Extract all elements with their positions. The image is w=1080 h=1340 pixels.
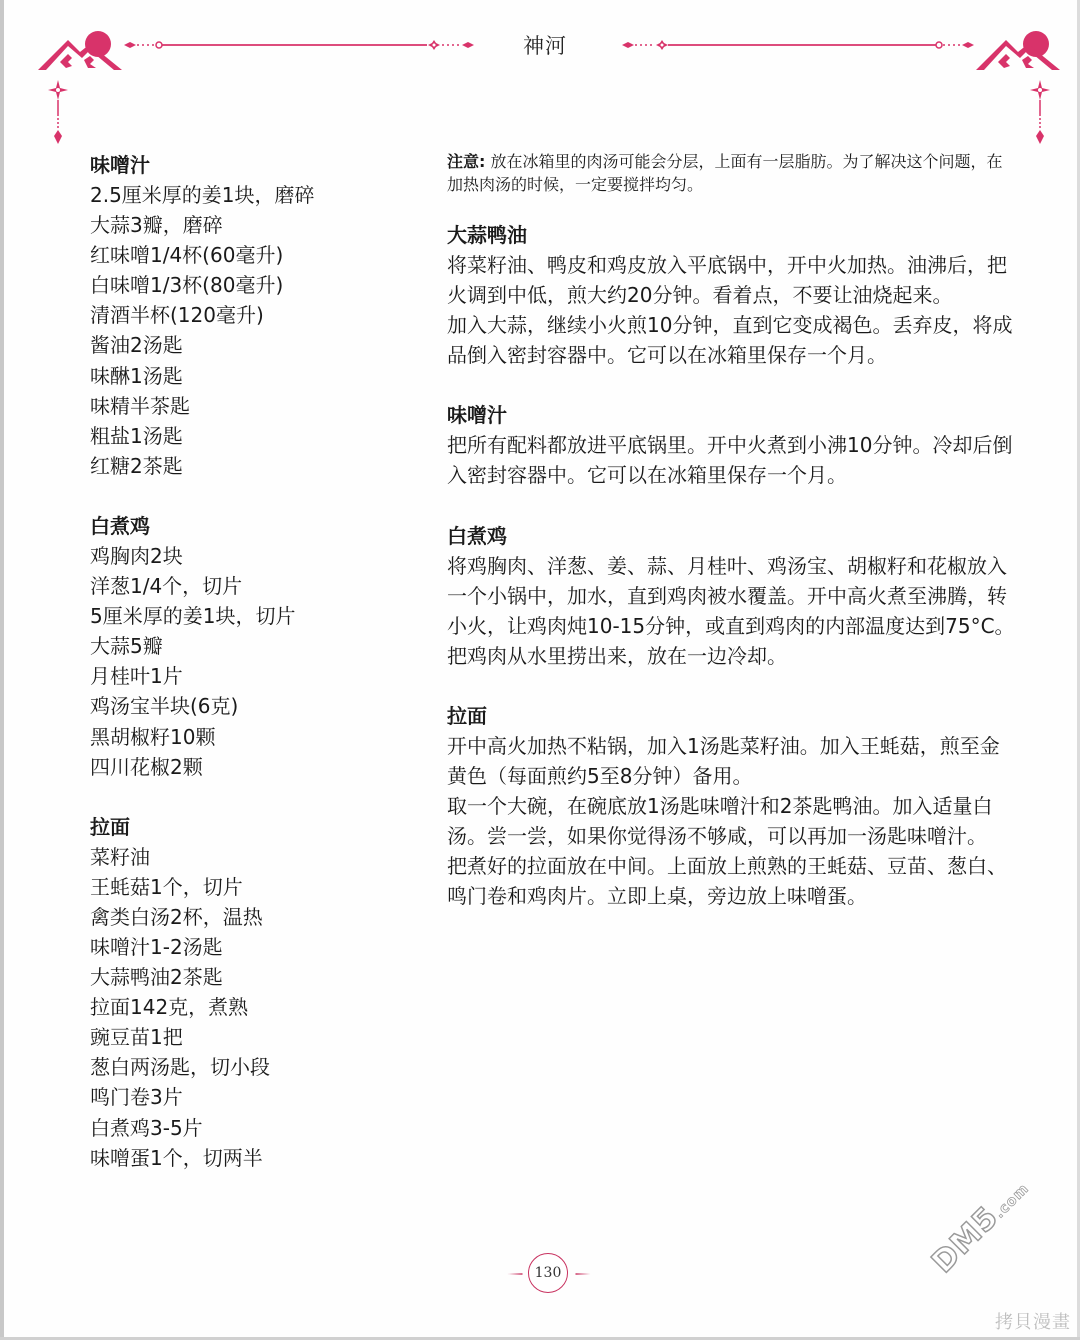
ingredient-item: 白味噌1/3杯(80毫升) <box>90 270 420 300</box>
star-drop-ornament-left <box>48 80 68 144</box>
header-rule-right <box>620 40 976 50</box>
step-section-garlic-duck-oil: 大蒜鸭油 将菜籽油、鸭皮和鸡皮放入平底锅中，开中火加热。油沸后，把火调到中低，煎… <box>447 220 1017 370</box>
step-paragraph: 加入大蒜，继续小火煎10分钟，直到它变成褐色。丢弃皮，将成品倒入密封容器中。它可… <box>447 310 1017 370</box>
ingredient-item: 大蒜3瓣，磨碎 <box>90 210 420 240</box>
ingredient-item: 粗盐1汤匙 <box>90 421 420 451</box>
ingredient-item: 月桂叶1片 <box>90 661 420 691</box>
ingredient-item: 大蒜鸭油2茶匙 <box>90 962 420 992</box>
ingredient-item: 味噌汁1-2汤匙 <box>90 932 420 962</box>
section-heading: 大蒜鸭油 <box>447 220 1017 250</box>
ingredient-item: 洋葱1/4个，切片 <box>90 571 420 601</box>
watermark-text: 拷貝漫畫 <box>995 1308 1071 1334</box>
ingredient-item: 菜籽油 <box>90 842 420 872</box>
ingredient-item: 味醂1汤匙 <box>90 361 420 391</box>
watermark-domain: .com <box>991 1181 1032 1222</box>
page-edge-left <box>0 0 4 1340</box>
step-paragraph: 把煮好的拉面放在中间。上面放上煎熟的王蚝菇、豆苗、葱白、鸣门卷和鸡肉片。立即上桌… <box>447 851 1017 911</box>
ingredient-item: 拉面142克，煮熟 <box>90 992 420 1022</box>
watermark-logo: DM5.com <box>925 1170 1035 1280</box>
header-rule-left <box>122 40 478 50</box>
star-drop-ornament-right <box>1030 80 1050 144</box>
ingredient-item: 鸣门卷3片 <box>90 1082 420 1112</box>
ingredient-item: 红糖2茶匙 <box>90 451 420 481</box>
chapter-title: 神河 <box>490 30 600 60</box>
mountain-sun-icon <box>38 28 122 72</box>
ingredient-item: 豌豆苗1把 <box>90 1022 420 1052</box>
section-heading: 白煮鸡 <box>90 511 420 541</box>
book-page: 神河 味噌汁 2.5厘米厚的姜1块，磨碎 大蒜3瓣，磨碎 红味噌1/4杯(60毫… <box>0 0 1080 1340</box>
step-section-poached-chicken: 白煮鸡 将鸡胸肉、洋葱、姜、蒜、月桂叶、鸡汤宝、胡椒籽和花椒放入一个小锅中，加水… <box>447 521 1017 671</box>
step-paragraph: 将菜籽油、鸭皮和鸡皮放入平底锅中，开中火加热。油沸后，把火调到中低，煎大约20分… <box>447 250 1017 310</box>
ingredient-item: 禽类白汤2杯，温热 <box>90 902 420 932</box>
ingredient-item: 酱油2汤匙 <box>90 330 420 360</box>
ingredient-item: 清酒半杯(120毫升) <box>90 300 420 330</box>
ingredient-item: 黑胡椒籽10颗 <box>90 722 420 752</box>
note-text: 放在冰箱里的肉汤可能会分层，上面有一层脂肪。为了解决这个问题，在加热肉汤的时候，… <box>447 152 1003 194</box>
ingredient-item: 2.5厘米厚的姜1块，磨碎 <box>90 180 420 210</box>
step-paragraph: 开中高火加热不粘锅，加入1汤匙菜籽油。加入王蚝菇，煎至金黄色（每面煎约5至8分钟… <box>447 731 1017 791</box>
section-heading: 白煮鸡 <box>447 521 1017 551</box>
ingredient-item: 王蚝菇1个，切片 <box>90 872 420 902</box>
instructions-column: 注意: 放在冰箱里的肉汤可能会分层，上面有一层脂肪。为了解决这个问题，在加热肉汤… <box>447 150 1017 942</box>
ingredient-item: 鸡胸肉2块 <box>90 541 420 571</box>
step-section-miso-tare: 味噌汁 把所有配料都放进平底锅里。开中火煮到小沸10分钟。冷却后倒入密封容器中。… <box>447 400 1017 490</box>
section-heading: 味噌汁 <box>447 400 1017 430</box>
page-number-line-left <box>500 1273 530 1275</box>
page-number-line-right <box>568 1273 598 1275</box>
mountain-sun-icon <box>976 28 1060 72</box>
step-paragraph: 把所有配料都放进平底锅里。开中火煮到小沸10分钟。冷却后倒入密封容器中。它可以在… <box>447 430 1017 490</box>
ingredient-section-poached-chicken: 白煮鸡 鸡胸肉2块 洋葱1/4个，切片 5厘米厚的姜1块，切片 大蒜5瓣 月桂叶… <box>90 511 420 782</box>
ingredient-item: 味精半茶匙 <box>90 391 420 421</box>
page-number: 130 <box>528 1253 568 1293</box>
ingredients-column: 味噌汁 2.5厘米厚的姜1块，磨碎 大蒜3瓣，磨碎 红味噌1/4杯(60毫升) … <box>90 150 420 1203</box>
ingredient-section-miso-tare: 味噌汁 2.5厘米厚的姜1块，磨碎 大蒜3瓣，磨碎 红味噌1/4杯(60毫升) … <box>90 150 420 481</box>
ingredient-item: 白煮鸡3-5片 <box>90 1113 420 1143</box>
section-heading: 味噌汁 <box>90 150 420 180</box>
ingredient-item: 5厘米厚的姜1块，切片 <box>90 601 420 631</box>
ingredient-item: 鸡汤宝半块(6克) <box>90 691 420 721</box>
note-box: 注意: 放在冰箱里的肉汤可能会分层，上面有一层脂肪。为了解决这个问题，在加热肉汤… <box>447 150 1017 196</box>
section-heading: 拉面 <box>447 701 1017 731</box>
ingredient-item: 味噌蛋1个，切两半 <box>90 1143 420 1173</box>
note-label: 注意: <box>447 152 485 171</box>
ingredient-item: 红味噌1/4杯(60毫升) <box>90 240 420 270</box>
step-section-ramen: 拉面 开中高火加热不粘锅，加入1汤匙菜籽油。加入王蚝菇，煎至金黄色（每面煎约5至… <box>447 701 1017 912</box>
ingredient-item: 四川花椒2颗 <box>90 752 420 782</box>
ingredient-section-ramen: 拉面 菜籽油 王蚝菇1个，切片 禽类白汤2杯，温热 味噌汁1-2汤匙 大蒜鸭油2… <box>90 812 420 1173</box>
step-paragraph: 取一个大碗，在碗底放1汤匙味噌汁和2茶匙鸭油。加入适量白汤。尝一尝，如果你觉得汤… <box>447 791 1017 851</box>
section-heading: 拉面 <box>90 812 420 842</box>
step-paragraph: 将鸡胸肉、洋葱、姜、蒜、月桂叶、鸡汤宝、胡椒籽和花椒放入一个小锅中，加水，直到鸡… <box>447 551 1017 671</box>
ingredient-item: 葱白两汤匙，切小段 <box>90 1052 420 1082</box>
ingredient-item: 大蒜5瓣 <box>90 631 420 661</box>
